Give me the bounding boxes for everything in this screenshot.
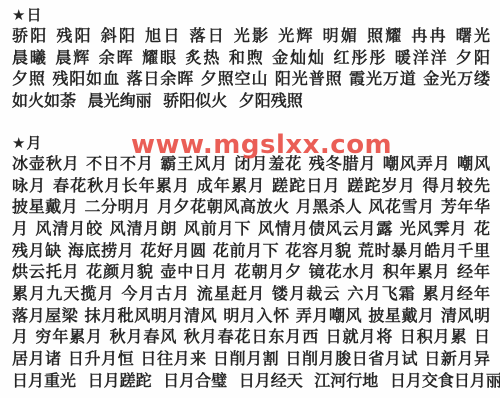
section-moon: ★月 冰壶秋月 不日不月 霸王风月 闭月羞花 残冬腊月 嘲风弄月 嘲风 咏月 春…: [12, 133, 490, 392]
word-line: 烘云托月 花颜月貌 壶中日月 花朝月夕 镜花水月 积年累月 经年: [12, 261, 490, 283]
section-moon-heading: ★月: [12, 133, 490, 153]
word-line: 冰壶秋月 不日不月 霸王风月 闭月羞花 残冬腊月 嘲风弄月 嘲风: [12, 153, 490, 175]
word-line: 落月屋梁 抹月秕风明月清风 明月入怀 弄月嘲风 披星戴月 清风明: [12, 305, 490, 327]
section-sun-heading: ★日: [12, 5, 490, 25]
word-line: 咏月 春花秋月长年累月 成年累月 蹉跎日月 蹉跎岁月 得月较先: [12, 175, 490, 197]
word-line: 披星戴月 二分明月 月夕花朝风高放火 月黑杀人 风花雪月 芳年华: [12, 196, 490, 218]
word-line: 日月重光 日月蹉跎 日月合璧 日月经天 江河行地 日月交食日月丽: [12, 370, 490, 392]
word-line: 骄阳 残阳 斜阳 旭日 落日 光影 光辉 明媚 照耀 冉冉 曙光: [12, 25, 490, 47]
word-line: 累月九天揽月 今月古月 流星赶月 镂月裁云 六月飞霜 累月经年: [12, 283, 490, 305]
word-line: 夕照 残阳如血 落日余晖 夕照空山 阳光普照 霞光万道 金光万缕: [12, 68, 490, 90]
word-line: 居月诸 日升月恒 日往月来 日削月割 日削月朘日省月试 日新月异: [12, 348, 490, 370]
word-line: 残月缺 海底捞月 花好月圆 花前月下 花容月貌 荒时暴月皓月千里: [12, 240, 490, 262]
word-line: 晨曦 晨辉 余晖 耀眼 炙热 和煦 金灿灿 红彤彤 暖洋洋 夕阳: [12, 47, 490, 69]
section-sun: ★日 骄阳 残阳 斜阳 旭日 落日 光影 光辉 明媚 照耀 冉冉 曙光 晨曦 晨…: [12, 5, 490, 112]
word-line: 如火如荼 晨光绚丽 骄阳似火 夕阳残照: [12, 90, 490, 112]
word-line: 月 风清月皎 风清月朗 风前月下 风情月债风云月露 光风霁月 花: [12, 218, 490, 240]
word-line: 月 穷年累月 秋月春风 秋月春花日东月西 日就月将 日积月累 日: [12, 326, 490, 348]
document: ★日 骄阳 残阳 斜阳 旭日 落日 光影 光辉 明媚 照耀 冉冉 曙光 晨曦 晨…: [0, 0, 500, 398]
